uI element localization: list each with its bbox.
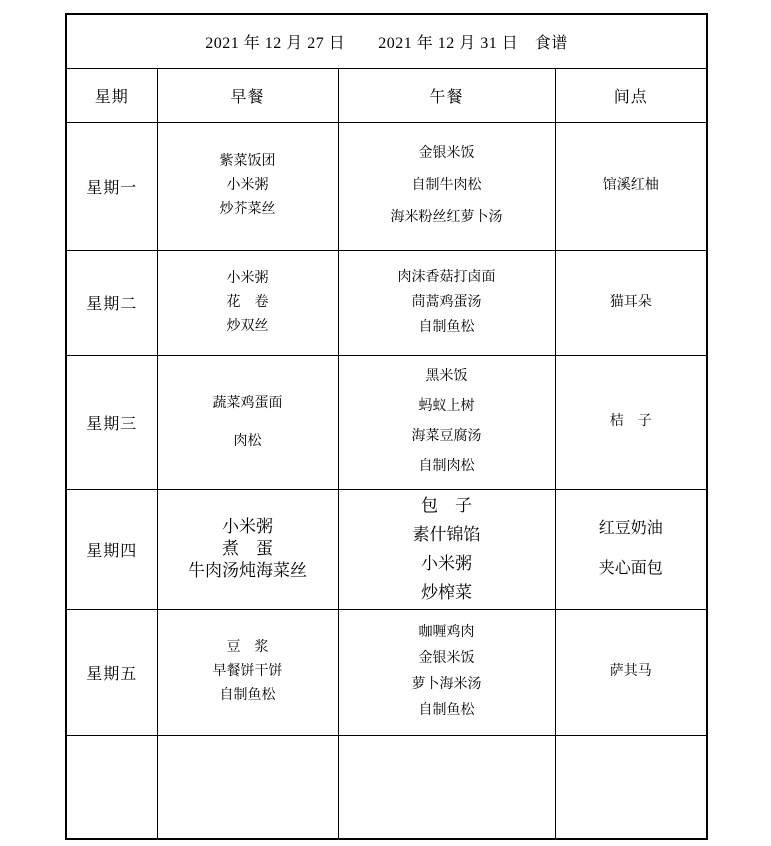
column-header-snack: 间点 [555,68,707,122]
menu-line: 素什锦馅 [339,520,555,549]
column-header-lunch: 午餐 [338,68,555,122]
lunch-cell-monday: 金银米饭 自制牛肉松 海米粉丝红萝卜汤 [338,122,555,250]
day-cell-thursday: 星期四 [66,489,157,609]
menu-line: 煮 蛋 [158,538,338,560]
day-cell-tuesday: 星期二 [66,250,157,355]
menu-line [158,413,338,432]
day-cell-monday: 星期一 [66,122,157,250]
row-thursday: 星期四 小米粥 煮 蛋 牛肉汤炖海菜丝 包 子 素什锦馅 小米粥 炒榨菜 红豆奶… [66,489,707,609]
menu-line: 海菜豆腐汤 [339,422,555,452]
menu-line: 自制鱼松 [339,698,555,724]
menu-line: 自制肉松 [339,452,555,482]
menu-line: 红豆奶油 [556,519,707,539]
breakfast-cell-thursday: 小米粥 煮 蛋 牛肉汤炖海菜丝 [157,489,338,609]
header-row: 星期 早餐 午餐 间点 [66,68,707,122]
lunch-cell-tuesday: 肉沫香菇打卤面 茼蒿鸡蛋汤 自制鱼松 [338,250,555,355]
column-header-breakfast: 早餐 [157,68,338,122]
snack-cell-friday: 萨其马 [555,609,707,735]
menu-table: 2021 年 12 月 27 日 2021 年 12 月 31 日 食谱 星期 … [65,13,708,840]
menu-line: 萨其马 [556,662,707,682]
menu-line: 小米粥 [158,267,338,291]
menu-line: 蚂蚁上树 [339,392,555,422]
menu-line: 豆 浆 [158,636,338,660]
menu-line: 自制牛肉松 [339,170,555,202]
menu-line: 桔 子 [556,412,707,432]
snack-cell-tuesday: 猫耳朵 [555,250,707,355]
lunch-cell-friday: 咖喱鸡肉 金银米饭 萝卜海米汤 自制鱼松 [338,609,555,735]
breakfast-cell-tuesday: 小米粥 花 卷 炒双丝 [157,250,338,355]
menu-line: 小米粥 [339,549,555,578]
row-wednesday: 星期三 蔬菜鸡蛋面 肉松 黑米饭 蚂蚁上树 海菜豆腐汤 自制肉松 桔 子 [66,355,707,489]
menu-line: 炒双丝 [158,315,338,339]
day-cell-wednesday: 星期三 [66,355,157,489]
menu-line: 早餐饼干饼 [158,660,338,684]
snack-cell-wednesday: 桔 子 [555,355,707,489]
menu-line: 包 子 [339,491,555,520]
menu-line: 炒榨菜 [339,578,555,607]
menu-line: 牛肉汤炖海菜丝 [158,560,338,582]
table-title: 2021 年 12 月 27 日 2021 年 12 月 31 日 食谱 [66,14,707,68]
breakfast-cell-friday: 豆 浆 早餐饼干饼 自制鱼松 [157,609,338,735]
snack-cell-empty [555,735,707,839]
menu-line: 花 卷 [158,291,338,315]
menu-line: 蔬菜鸡蛋面 [158,394,338,413]
column-header-weekday: 星期 [66,68,157,122]
menu-line: 自制鱼松 [339,315,555,340]
row-monday: 星期一 紫菜饭团 小米粥 炒芥菜丝 金银米饭 自制牛肉松 海米粉丝红萝卜汤 馆溪… [66,122,707,250]
snack-cell-thursday: 红豆奶油 夹心面包 [555,489,707,609]
menu-line: 茼蒿鸡蛋汤 [339,290,555,315]
menu-line: 金银米饭 [339,646,555,672]
menu-line: 小米粥 [158,174,338,198]
menu-line: 肉松 [158,432,338,451]
menu-line: 海米粉丝红萝卜汤 [339,202,555,234]
row-tuesday: 星期二 小米粥 花 卷 炒双丝 肉沫香菇打卤面 茼蒿鸡蛋汤 自制鱼松 猫耳朵 [66,250,707,355]
lunch-cell-empty [338,735,555,839]
menu-line [556,539,707,559]
menu-line: 小米粥 [158,516,338,538]
menu-line: 肉沫香菇打卤面 [339,265,555,290]
menu-line: 自制鱼松 [158,684,338,708]
breakfast-cell-empty [157,735,338,839]
menu-line: 咖喱鸡肉 [339,620,555,646]
title-row: 2021 年 12 月 27 日 2021 年 12 月 31 日 食谱 [66,14,707,68]
document-page: 2021 年 12 月 27 日 2021 年 12 月 31 日 食谱 星期 … [0,0,771,846]
breakfast-cell-wednesday: 蔬菜鸡蛋面 肉松 [157,355,338,489]
menu-line: 金银米饭 [339,138,555,170]
menu-line: 萝卜海米汤 [339,672,555,698]
day-cell-empty [66,735,157,839]
day-cell-friday: 星期五 [66,609,157,735]
menu-line: 猫耳朵 [556,293,707,313]
lunch-cell-thursday: 包 子 素什锦馅 小米粥 炒榨菜 [338,489,555,609]
menu-line: 黑米饭 [339,362,555,392]
snack-cell-monday: 馆溪红柚 [555,122,707,250]
menu-line: 紫菜饭团 [158,150,338,174]
row-empty [66,735,707,839]
menu-line: 炒芥菜丝 [158,198,338,222]
lunch-cell-wednesday: 黑米饭 蚂蚁上树 海菜豆腐汤 自制肉松 [338,355,555,489]
menu-line: 夹心面包 [556,559,707,579]
menu-line: 馆溪红柚 [556,176,707,196]
breakfast-cell-monday: 紫菜饭团 小米粥 炒芥菜丝 [157,122,338,250]
row-friday: 星期五 豆 浆 早餐饼干饼 自制鱼松 咖喱鸡肉 金银米饭 萝卜海米汤 自制鱼松 … [66,609,707,735]
